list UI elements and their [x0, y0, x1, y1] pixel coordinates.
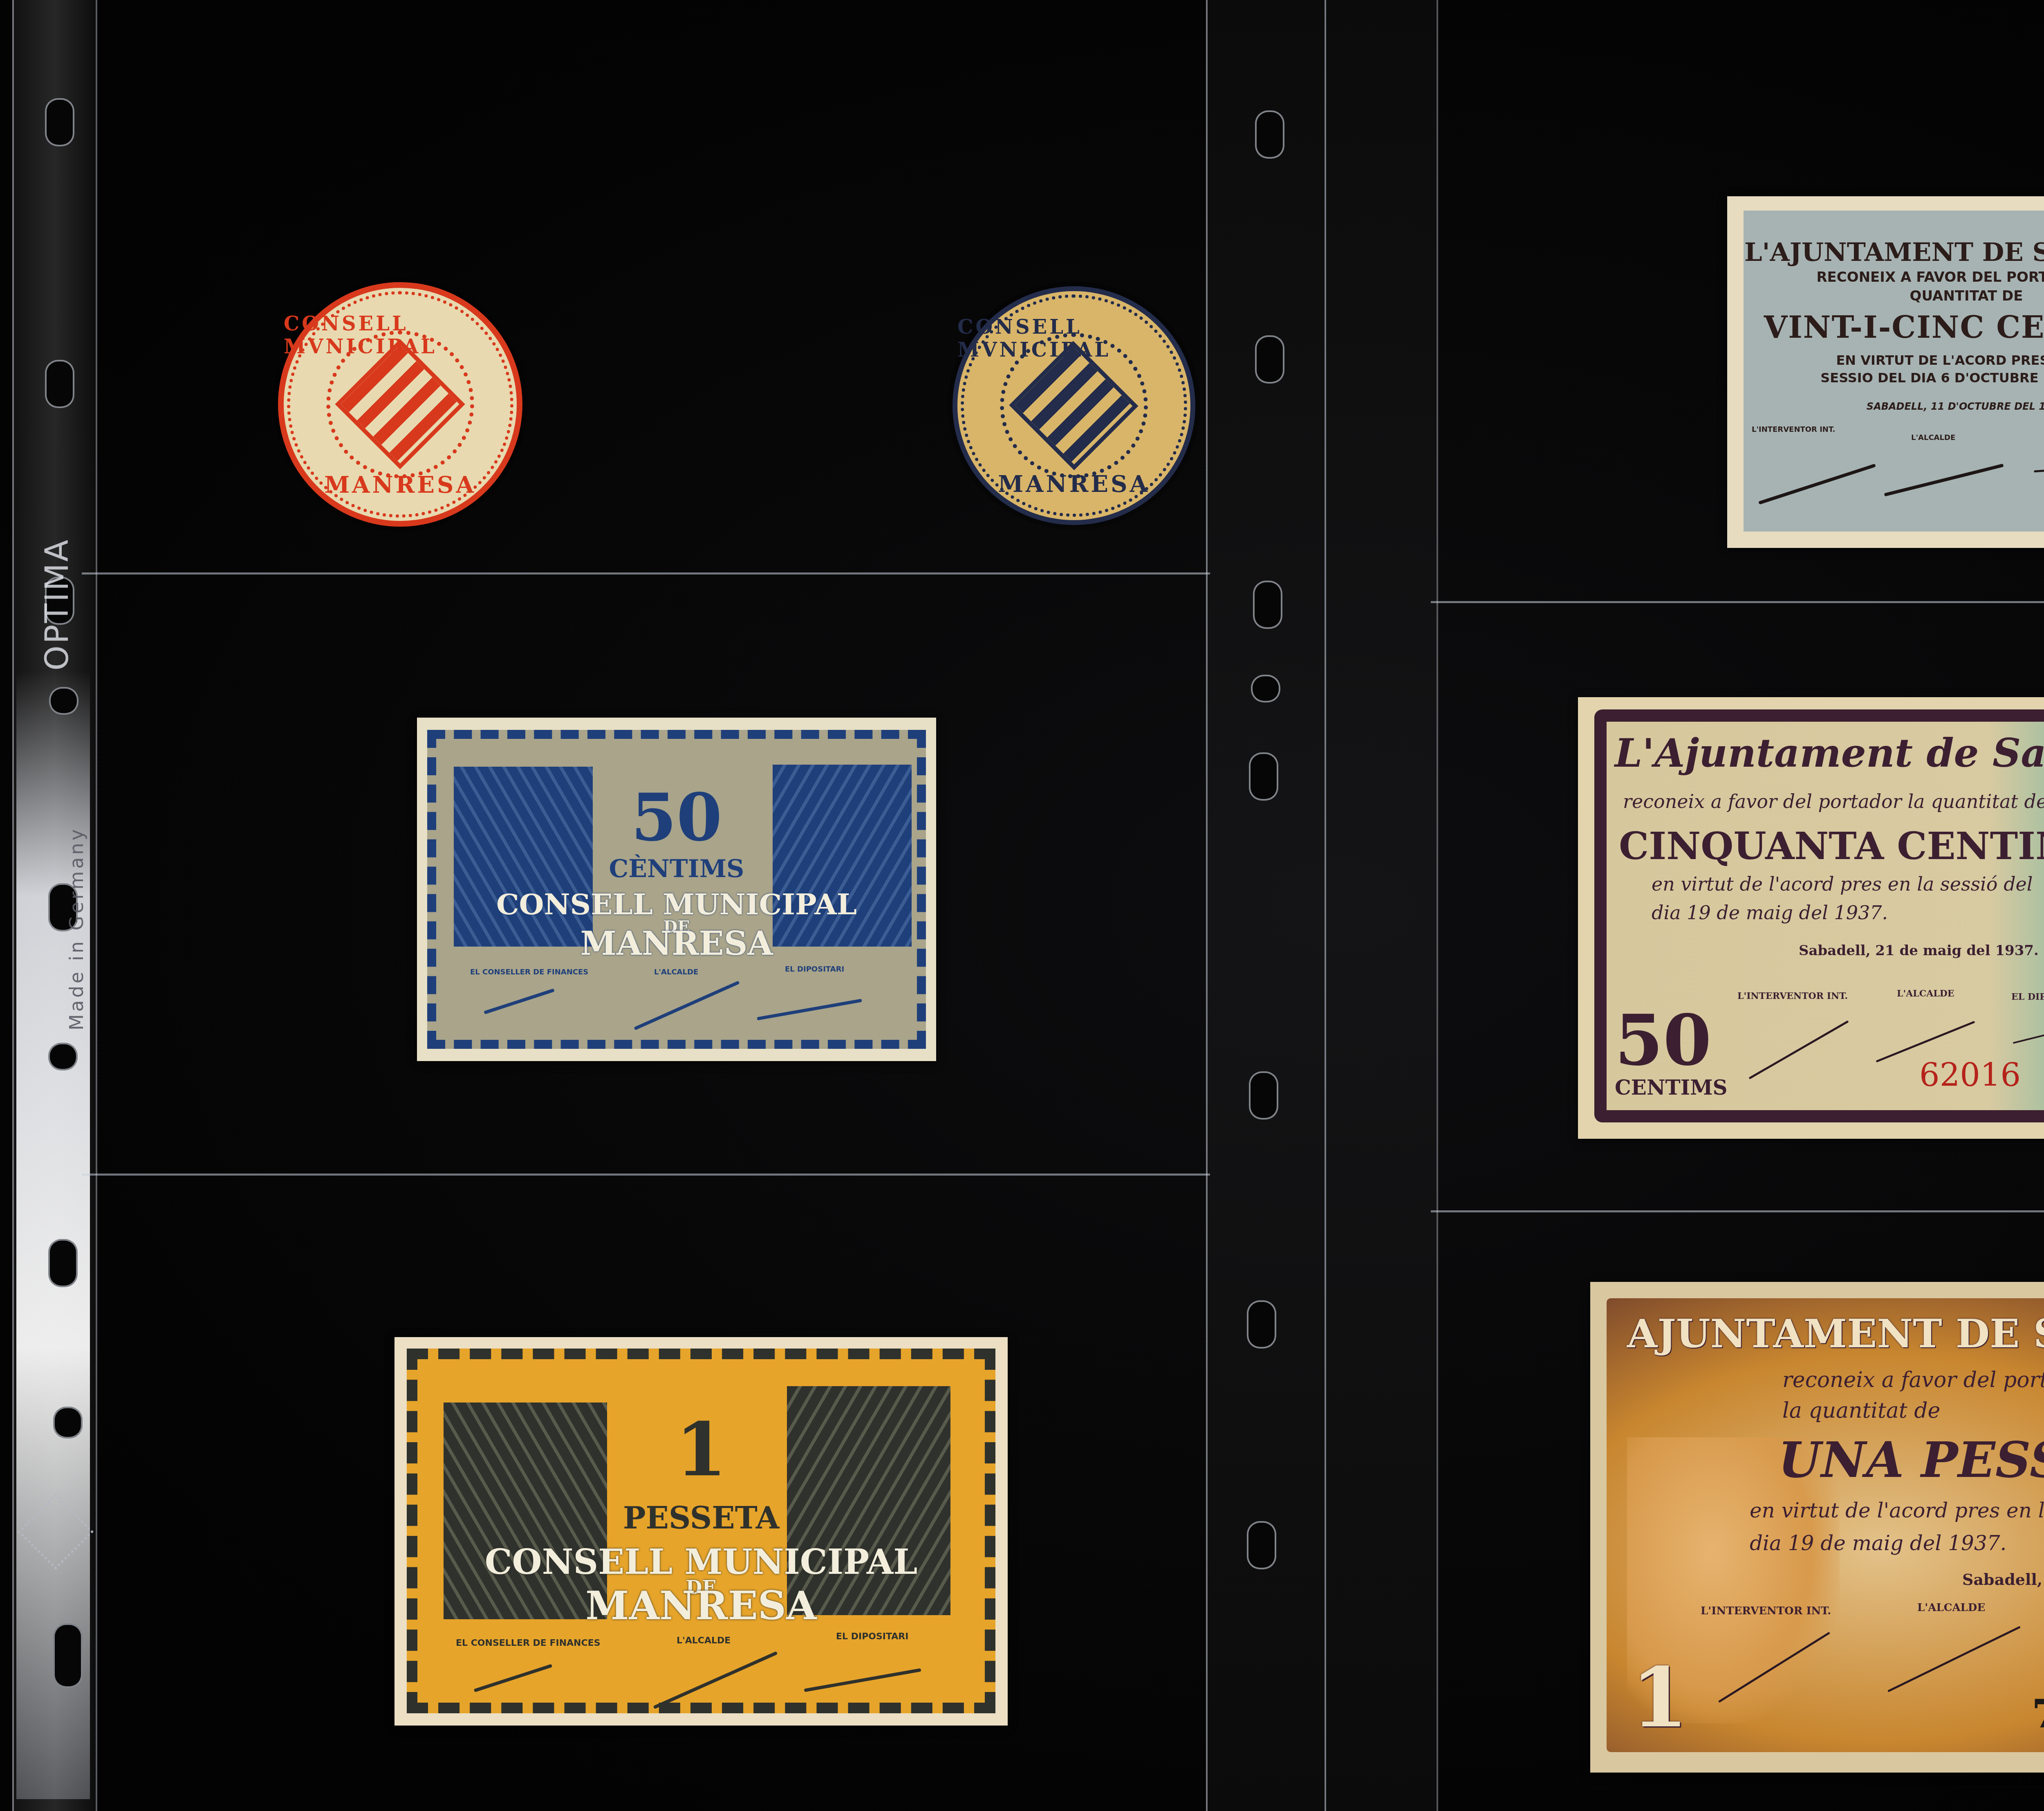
punch-hole [1247, 1300, 1276, 1349]
signature-label: EL DIPOSITARI [836, 1631, 908, 1642]
note-amount: CINQUANTA CENTIMS [1619, 824, 2044, 868]
punch-hole [1249, 752, 1278, 801]
note-issuer: CONSELL MUNICIPAL [417, 887, 936, 921]
note-value: 50 [417, 779, 936, 856]
note-corner-value: 50 [1615, 1000, 1712, 1082]
token-manresa-blue: CONSELL MVNICIPAL MANRESA [953, 286, 1195, 525]
banknote-manresa-1-pesseta: 1 PESSETA CONSELL MUNICIPAL DE MANRESA E… [394, 1337, 1008, 1726]
note-title: L'AJUNTAMENT DE SABADELL [1727, 237, 2044, 267]
coin-bottom-text: MANRESA [998, 471, 1150, 498]
coin-bottom-text: MANRESA [324, 471, 476, 498]
punch-hole [48, 1239, 78, 1287]
serial-number: 72038 [2032, 1691, 2044, 1737]
sleeve-seam [1431, 1210, 2044, 1212]
punch-hole [1249, 1071, 1278, 1120]
serial-number: 62016 [1919, 1057, 2021, 1094]
punch-hole [1255, 335, 1284, 384]
note-title: L'Ajuntament de Sabadell [1615, 730, 2044, 776]
note-place-date: Sabadell, 21 de maig del 1937. [1799, 943, 2039, 959]
note-place-date: SABADELL, 11 D'OCTUBRE DEL 1937 [1727, 401, 2044, 412]
punch-hole [1255, 110, 1284, 159]
note-text-line: SESSIO DEL DIA 6 D'OCTUBRE DEL 1937 [1727, 370, 2044, 386]
sleeve-seam [82, 572, 1210, 574]
note-corner-unit: CENTIMS [1615, 1075, 1728, 1100]
note-amount: VINT-I-CINC CENTIMS [1727, 310, 2044, 345]
note-corner-value: 1 [1631, 1650, 1688, 1746]
sleeve-seam [82, 1174, 1210, 1176]
punch-hole [1247, 1521, 1276, 1569]
note-amount: UNA PESSETA [1778, 1431, 2044, 1489]
signature-label: L'INTERVENTOR INT. [1737, 991, 1848, 1001]
note-text-line: dia 19 de maig del 1937. [1652, 902, 1888, 924]
note-unit: CÈNTIMS [417, 855, 936, 883]
note-text-line: en virtut de l'acord pres en la sessió d… [1750, 1499, 2044, 1522]
punch-hole [45, 98, 74, 146]
note-text-line: reconeix a favor del portador [1782, 1368, 2044, 1392]
punch-hole [53, 1623, 83, 1688]
punch-hole [1253, 581, 1282, 629]
punch-hole [45, 360, 74, 408]
note-text-line: QUANTITAT DE [1727, 288, 2044, 304]
note-issuer: MANRESA [394, 1582, 1008, 1629]
signature-label: EL CONSELLER DE FINANCES [456, 1638, 601, 1648]
note-title: AJUNTAMENT DE SABADELL [1627, 1311, 2044, 1357]
punch-hole [1251, 675, 1280, 702]
coin-top-text: CONSELL MVNICIPAL [284, 312, 517, 358]
punch-hole [49, 687, 78, 715]
note-issuer: MANRESA [417, 924, 936, 963]
coin-top-text: CONSELL MVNICIPAL [957, 316, 1190, 361]
note-text-line: reconeix a favor del portador la quantit… [1623, 790, 2044, 812]
signature-label: EL CONSELLER DE FINANCES [470, 968, 588, 976]
signature-label: L'INTERVENTOR INT. [1752, 425, 1835, 434]
signature-label: L'INTERVENTOR INT. [1701, 1605, 1831, 1617]
note-text-line: dia 19 de maig del 1937. [1750, 1531, 2006, 1555]
origin-label: Made in Germany [65, 827, 87, 1030]
signature-label: L'ALCALDE [654, 968, 698, 976]
signature-label: EL DIPOSITARI [785, 965, 844, 974]
note-value: 1 [394, 1407, 1008, 1493]
note-text-line: RECONEIX A FAVOR DEL PORTADOR LA [1727, 269, 2044, 285]
note-unit: PESSETA [394, 1501, 1008, 1536]
sleeve-seam [1431, 601, 2044, 603]
note-text-line: EN VIRTUT DE L'ACORD PRES EN LA [1727, 352, 2044, 368]
signature-label: L'ALCALDE [1917, 1602, 1985, 1614]
punch-hole [53, 1407, 83, 1438]
banknote-sabadell-1-pesseta: AJUNTAMENT DE SABADELL 1 reconeix a favo… [1590, 1282, 2044, 1773]
signature-label: EL DIPOSITARI INT. [2011, 992, 2044, 1002]
serial-number: 154402 [2042, 478, 2044, 519]
note-text-line: en virtut de l'acord pres en la sessió d… [1652, 873, 2033, 895]
middle-binder-strip [1206, 0, 1438, 1811]
brand-label: OPTIMA [39, 538, 76, 671]
token-manresa-red: CONSELL MVNICIPAL MANRESA [278, 282, 522, 527]
banknote-sabadell-50-centims: L'Ajuntament de Sabadell 50 reconeix a f… [1578, 697, 2044, 1139]
note-place-date: Sabadell, 21 de maig del 1937. [1962, 1570, 2044, 1589]
sleeve-edge [1325, 0, 1326, 1811]
signature-label: L'ALCALDE [677, 1636, 731, 1646]
punch-hole [48, 1043, 78, 1070]
banknote-manresa-50-centims: 50 CÈNTIMS CONSELL MUNICIPAL DE MANRESA … [417, 718, 936, 1061]
signature-label: L'ALCALDE [1897, 988, 1954, 999]
banknote-sabadell-25-centims: C-2 L'AJUNTAMENT DE SABADELL RECONEIX A … [1727, 196, 2044, 548]
note-text-line: la quantitat de [1782, 1398, 1940, 1423]
signature-label: L'ALCALDE [1911, 433, 1955, 442]
